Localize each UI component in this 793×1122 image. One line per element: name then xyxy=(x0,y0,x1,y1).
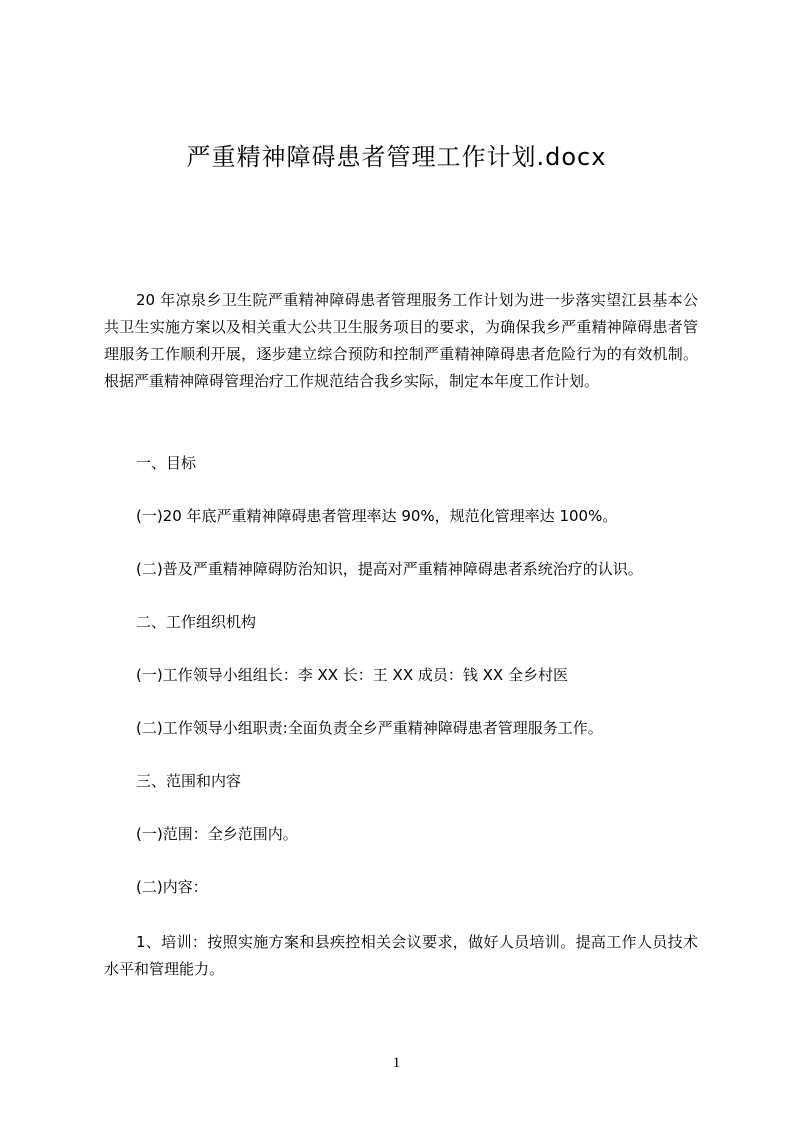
training-paragraph: 1、培训：按照实施方案和县疾控相关会议要求，做好人员培训。提高工作人员技术水平和… xyxy=(104,929,698,983)
organization-item-2: (二)工作领导小组职责:全面负责全乡严重精神障碍患者管理服务工作。 xyxy=(136,717,603,739)
document-page: 严重精神障碍患者管理工作计划.docx 20 年凉泉乡卫生院严重精神障碍患者管理… xyxy=(0,0,793,1122)
organization-item-1: (一)工作领导小组组长：李 XX 长：王 XX 成员：钱 XX 全乡村医 xyxy=(136,664,568,686)
heading-scope-content: 三、范围和内容 xyxy=(136,770,241,792)
page-number: 1 xyxy=(0,1055,793,1072)
intro-paragraph: 20 年凉泉乡卫生院严重精神障碍患者管理服务工作计划为进一步落实望江县基本公共卫… xyxy=(104,287,698,395)
goal-item-2: (二)普及严重精神障碍防治知识，提高对严重精神障碍患者系统治疗的认识。 xyxy=(136,558,643,580)
document-title: 严重精神障碍患者管理工作计划.docx xyxy=(0,140,793,174)
heading-goals: 一、目标 xyxy=(136,452,196,474)
content-item: (二)内容： xyxy=(136,876,208,898)
goal-item-1: (一)20 年底严重精神障碍患者管理率达 90%，规范化管理率达 100%。 xyxy=(136,505,617,527)
scope-item: (一)范围：全乡范围内。 xyxy=(136,823,298,845)
heading-organization: 二、工作组织机构 xyxy=(136,611,256,633)
